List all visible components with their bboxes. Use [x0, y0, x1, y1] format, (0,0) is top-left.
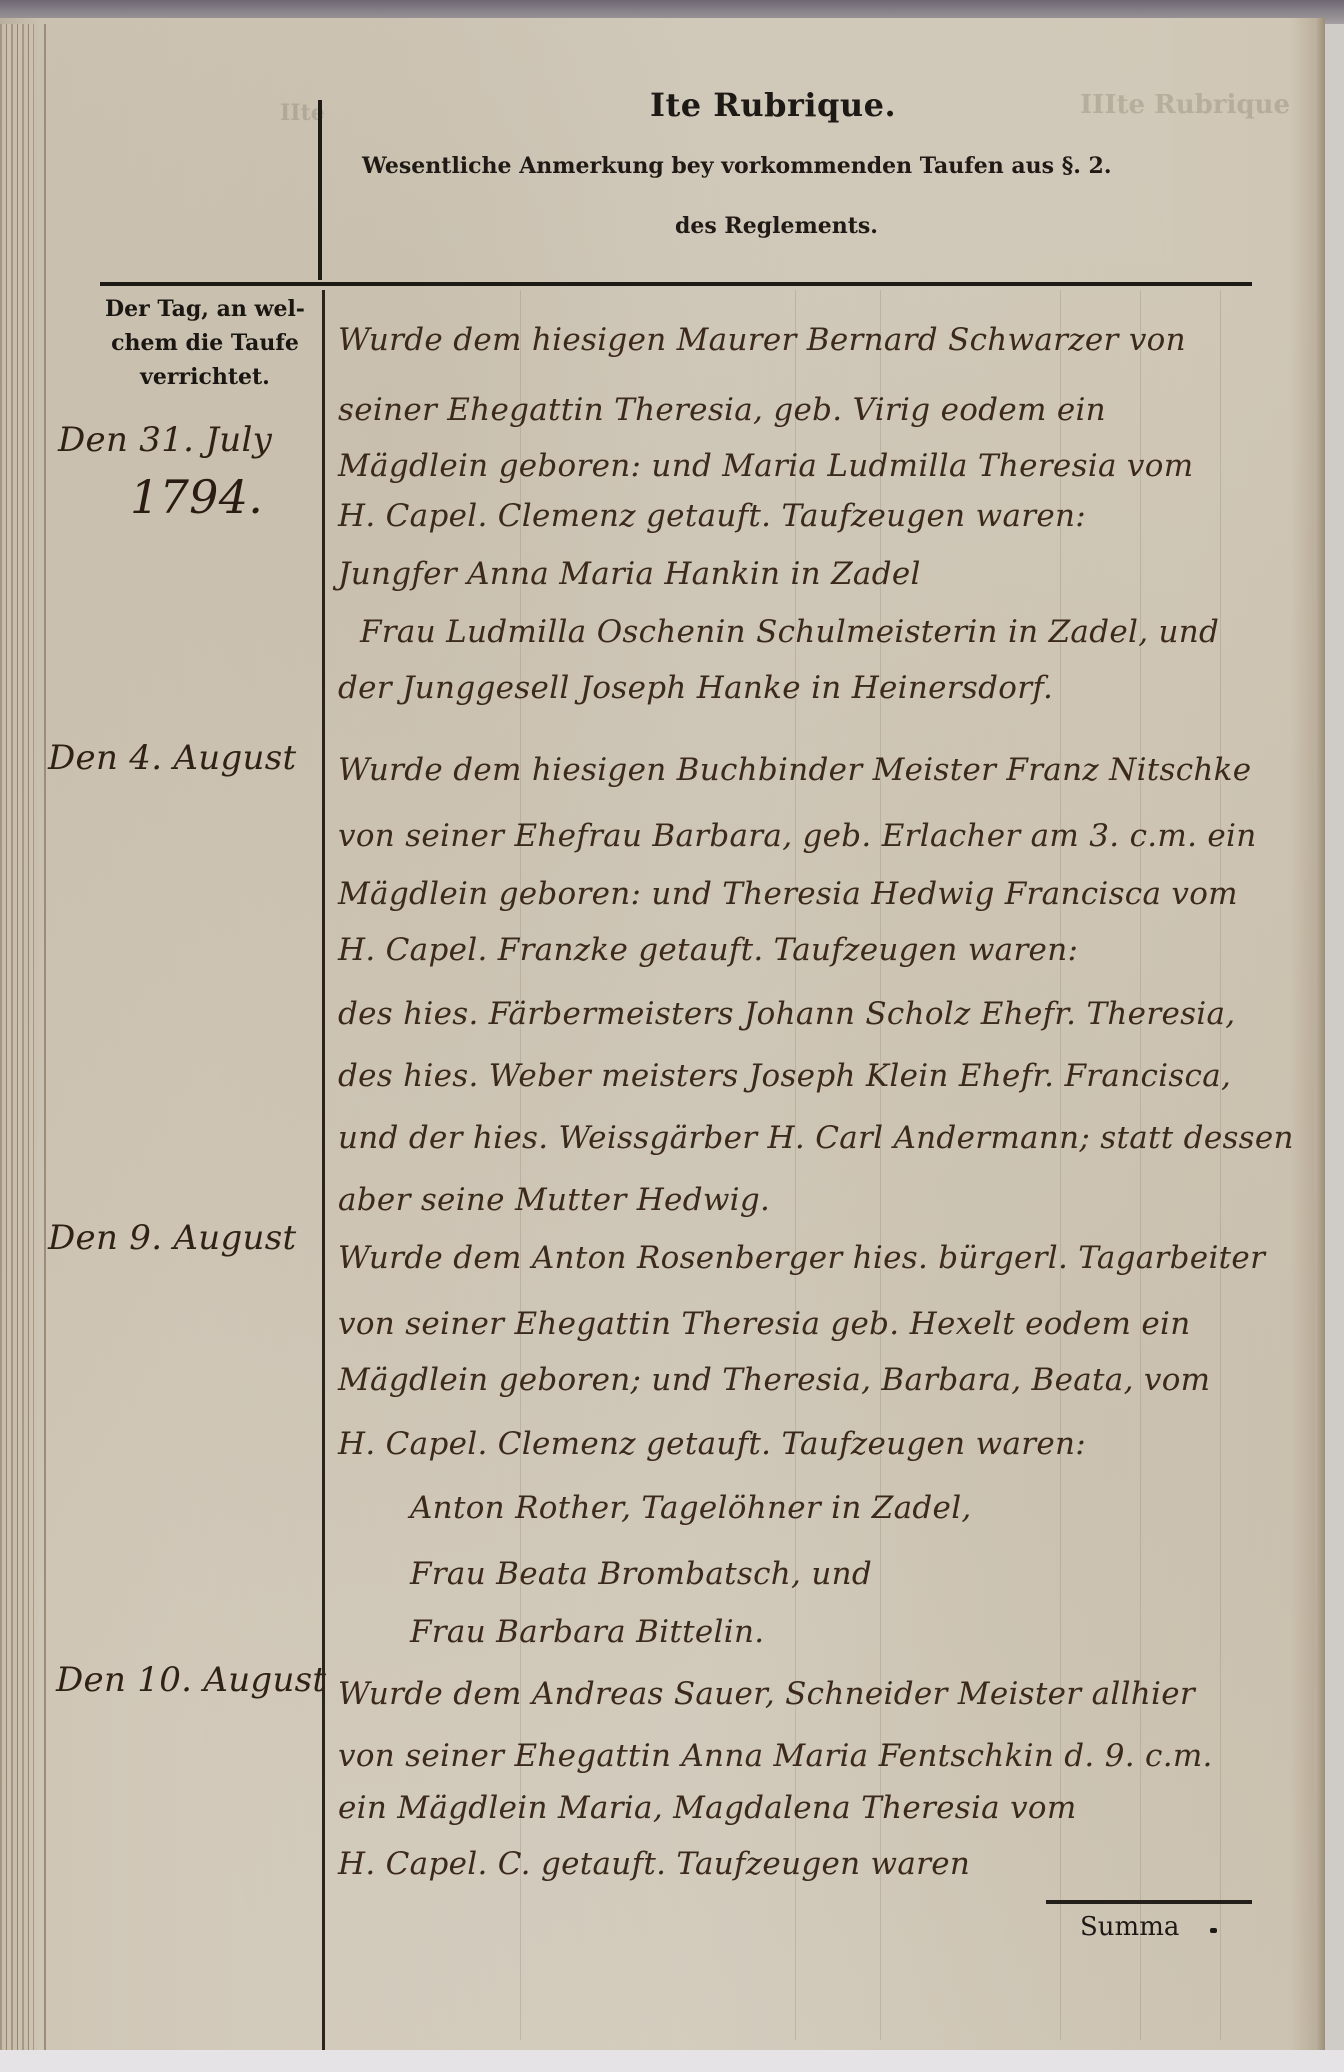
- date-column-heading: Der Tag, an wel- chem die Taufe verricht…: [94, 292, 316, 394]
- header-horizontal-rule: [100, 282, 1252, 286]
- entry-line: von seiner Ehefrau Barbara, geb. Erlache…: [338, 818, 1257, 854]
- ruled-line: [880, 290, 881, 2040]
- ruled-line: [1140, 290, 1141, 2040]
- date-heading-line: chem die Taufe: [94, 326, 316, 360]
- entry-date: Den 10. August: [56, 1660, 326, 1700]
- date-heading-line: verrichtet.: [94, 360, 316, 394]
- entry-line: Anton Rother, Tagelöhner in Zadel,: [410, 1490, 972, 1526]
- ruled-line: [1060, 290, 1061, 2040]
- entry-line: Frau Beata Brombatsch, und: [410, 1556, 872, 1592]
- page-edge-line: [44, 24, 46, 2050]
- show-through-text: IIIte Rubrique: [1080, 90, 1290, 120]
- entry-line: Mägdlein geboren: und Maria Ludmilla The…: [338, 448, 1193, 484]
- entry-line: des hies. Färbermeisters Johann Scholz E…: [338, 996, 1235, 1032]
- entry-line: H. Capel. Franzke getauft. Taufzeugen wa…: [338, 932, 1078, 968]
- summa-rule: [1046, 1900, 1252, 1904]
- bottom-background: [0, 2050, 1344, 2072]
- entry-line: aber seine Mutter Hedwig.: [338, 1182, 770, 1218]
- entry-line: von seiner Ehegattin Theresia geb. Hexel…: [338, 1306, 1191, 1342]
- header-vertical-rule: [318, 100, 322, 280]
- summa-dot: [1210, 1928, 1217, 1933]
- entry-line: Wurde dem hiesigen Maurer Bernard Schwar…: [338, 322, 1186, 358]
- page-right-edge: [1315, 18, 1325, 2052]
- entry-year: 1794.: [130, 470, 263, 524]
- entry-line: Frau Barbara Bittelin.: [410, 1614, 764, 1650]
- ruled-line: [795, 290, 796, 2040]
- entry-line: Jungfer Anna Maria Hankin in Zadel: [338, 556, 921, 592]
- entry-line: H. Capel. Clemenz getauft. Taufzeugen wa…: [338, 1426, 1086, 1462]
- entry-line: der Junggesell Joseph Hanke in Heinersdo…: [338, 670, 1053, 706]
- entry-line: H. Capel. Clemenz getauft. Taufzeugen wa…: [338, 498, 1086, 534]
- stacked-page-edges: [0, 24, 34, 2050]
- summa-label: Summa: [1080, 1912, 1179, 1942]
- column-heading-line2: des Reglements.: [675, 213, 878, 239]
- entry-line: Frau Ludmilla Oschenin Schulmeisterin in…: [360, 614, 1219, 650]
- entry-line: H. Capel. C. getauft. Taufzeugen waren: [338, 1846, 970, 1882]
- entry-line: Mägdlein geboren: und Theresia Hedwig Fr…: [338, 876, 1238, 912]
- entry-line: Wurde dem Andreas Sauer, Schneider Meist…: [338, 1676, 1195, 1712]
- rubric-title: Ite Rubrique.: [650, 86, 896, 124]
- entry-line: Wurde dem hiesigen Buchbinder Meister Fr…: [338, 752, 1251, 788]
- column-divider: [322, 290, 325, 2050]
- entry-date: Den 31. July: [58, 420, 272, 460]
- entry-date: Den 9. August: [48, 1218, 296, 1258]
- column-heading-line1: Wesentliche Anmerkung bey vorkommenden T…: [362, 153, 1262, 179]
- entry-line: Wurde dem Anton Rosenberger hies. bürger…: [338, 1240, 1265, 1276]
- entry-line: von seiner Ehegattin Anna Maria Fentschk…: [338, 1738, 1213, 1774]
- entry-line: ein Mägdlein Maria, Magdalena Theresia v…: [338, 1790, 1077, 1826]
- entry-line: Mägdlein geboren; und Theresia, Barbara,…: [338, 1362, 1210, 1398]
- ruled-line: [1220, 290, 1221, 2040]
- entry-line: des hies. Weber meisters Joseph Klein Eh…: [338, 1058, 1231, 1094]
- ruled-line: [520, 290, 521, 2040]
- entry-line: und der hies. Weissgärber H. Carl Anderm…: [338, 1120, 1294, 1156]
- entry-line: seiner Ehegattin Theresia, geb. Virig eo…: [338, 392, 1106, 428]
- entry-date: Den 4. August: [48, 738, 296, 778]
- date-heading-line: Der Tag, an wel-: [94, 292, 316, 326]
